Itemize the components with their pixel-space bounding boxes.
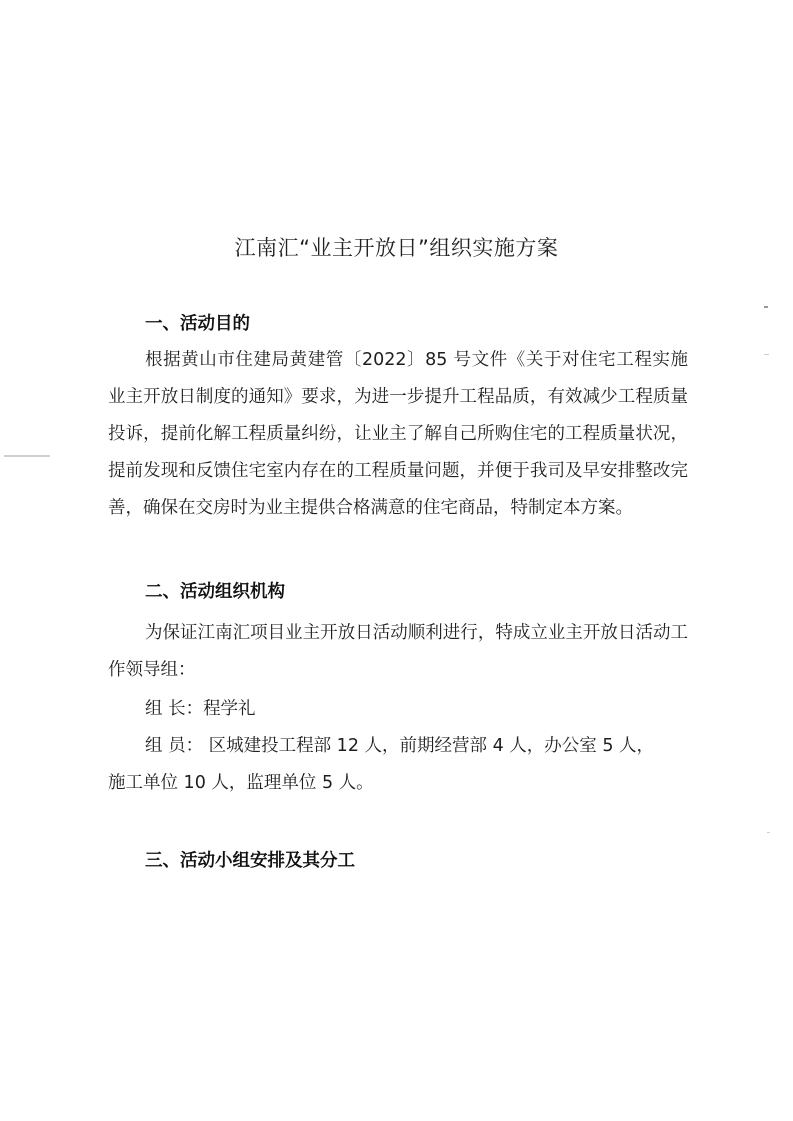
- group-members-line-2: 施工单位 10 人，监理单位 5 人。: [108, 769, 374, 794]
- scan-artifact-dot: [764, 306, 768, 308]
- section-2-paragraph: 为保证江南汇项目业主开放日活动顺利进行，特成立业主开放日活动工作领导组：: [108, 615, 688, 689]
- section-1-paragraph: 根据黄山市住建局黄建管〔2022〕85 号文件《关于对住宅工程实施业主开放日制度…: [108, 342, 688, 527]
- section-heading-3: 三、活动小组安排及其分工: [145, 847, 355, 872]
- scan-artifact-line: [4, 455, 50, 457]
- section-heading-2: 二、活动组织机构: [145, 578, 285, 603]
- scan-artifact-dot: [767, 832, 770, 833]
- document-title: 江南汇“业主开放日”组织实施方案: [0, 232, 793, 262]
- section-heading-1: 一、活动目的: [145, 310, 250, 335]
- group-leader-line: 组 长：程学礼: [145, 695, 256, 720]
- document-page: 江南汇“业主开放日”组织实施方案 一、活动目的 根据黄山市住建局黄建管〔2022…: [0, 0, 793, 1121]
- group-members-line-1: 组 员： 区城建投工程部 12 人，前期经营部 4 人，办公室 5 人，: [145, 732, 654, 757]
- scan-artifact-dot: [764, 354, 769, 355]
